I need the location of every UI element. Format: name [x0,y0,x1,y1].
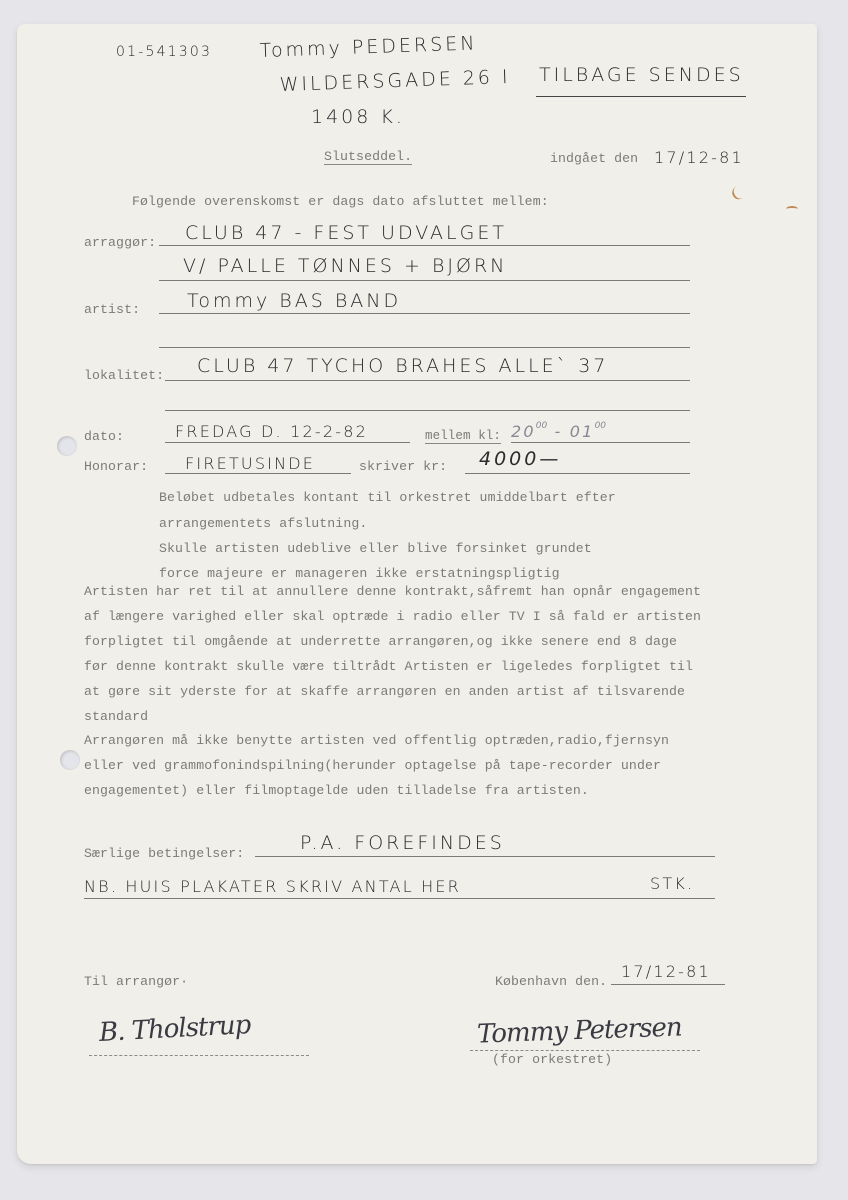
clause-line: standard [84,709,148,724]
mellem-label: mellem kl: [425,429,501,444]
place-date-line [611,984,725,985]
clause-line: engagementet) eller filmoptagelde uden t… [84,783,589,798]
signature-orkester-line [470,1050,700,1051]
clause-line: at gøre sit yderste for at skaffe arrang… [84,684,685,699]
arrangor-value-2: V/ PALLE TØNNES + BJØRN [183,255,507,277]
artist-value: Tommy BAS BAND [187,290,401,312]
place-label: København den. [495,974,607,989]
punch-hole-bottom [60,750,80,770]
time-line [511,442,690,443]
honorar-words: FIRETUSINDE [185,454,315,473]
contract-sheet: 01-541303 Tommy PEDERSEN WILDERSGADE 26 … [17,24,817,1164]
special-line-2: NB. HUIS PLAKATER SKRIV ANTAL HER [84,877,461,896]
arrangor-line-2 [159,280,690,281]
dato-value: FREDAG D. 12-2-82 [175,422,368,441]
artist-label: artist: [84,302,140,317]
return-note: TILBAGE SENDES [539,64,744,86]
signature-orkester: Tommy Petersen [477,1012,683,1049]
honorar-words-line [165,473,351,474]
honorar-amount-line [465,473,690,474]
payment-term-line: force majeure er manageren ikke erstatni… [159,566,560,581]
punch-hole-top [57,436,77,456]
stain-mark [786,206,798,212]
time-start-min: 00 [536,421,547,431]
clause-line: Arrangøren må ikke benytte artisten ved … [84,733,669,748]
lokalitet-label: lokalitet: [84,368,164,383]
entered-date-value: 17/12-81 [654,148,744,167]
clause-line: forpligtet til omgående at underrette ar… [84,634,677,649]
sender-name: Tommy PEDERSEN [259,32,478,62]
time-separator: - [555,422,563,441]
dato-label: dato: [84,429,124,444]
signature-arrangor-line [89,1055,309,1056]
dato-line [165,442,410,443]
artist-line [159,313,690,314]
special-line-2-rule [84,898,715,899]
lokalitet-line-2 [165,410,690,411]
clause-line: Artisten har ret til at annullere denne … [84,584,701,599]
time-end: 01 [570,422,595,441]
honorar-label: Honorar: [84,459,148,474]
signature-orkester-caption: (for orkestret) [492,1052,612,1067]
payment-term-line: arrangementets afslutning. [159,516,367,531]
place-date: 17/12-81 [621,962,711,981]
skriver-label: skriver kr: [359,459,447,474]
lokalitet-line [165,380,690,381]
clause-line: før denne kontrakt skulle være tiltrådt … [84,659,693,674]
entered-date-label: indgået den [550,151,638,166]
payment-term-line: Skulle artisten udeblive eller blive for… [159,541,592,556]
time-start: 20 [511,422,536,441]
artist-line-2 [159,347,690,348]
document-title: Slutseddel. [324,149,412,165]
payment-term-line: Beløbet udbetales kontant til orkestret … [159,490,616,505]
time-end-min: 00 [595,421,606,431]
phone-number: 01-541303 [116,44,212,60]
time-range: 2000 - 0100 [511,421,606,441]
signature-arrangor: B. Tholstrup [98,1010,251,1048]
clause-line: eller ved grammofonindspilning(herunder … [84,758,661,773]
clause-line: af længere varighed eller skal optræde i… [84,609,701,624]
til-arrangor-label: Til arrangør· [84,974,188,989]
special-line-2-suffix: STK. [650,874,694,893]
arrangor-value: CLUB 47 - FEST UDVALGET [185,222,507,244]
special-line-1-rule [255,856,715,857]
arrangor-line [159,245,690,246]
lokalitet-value: CLUB 47 TYCHO BRAHES ALLE` 37 [197,355,608,377]
intro-text: Følgende overenskomst er dags dato afslu… [132,194,549,209]
return-note-underline [536,96,746,97]
arrangor-label: arraggør: [84,235,156,250]
sender-street: WILDERSGADE 26 I [279,66,511,96]
sender-postal: 1408 K. [311,106,405,128]
honorar-amount: 4000— [479,448,561,470]
special-line-1: P.A. FOREFINDES [300,832,505,854]
special-label: Særlige betingelser: [84,846,244,861]
stain-mark [730,182,751,202]
